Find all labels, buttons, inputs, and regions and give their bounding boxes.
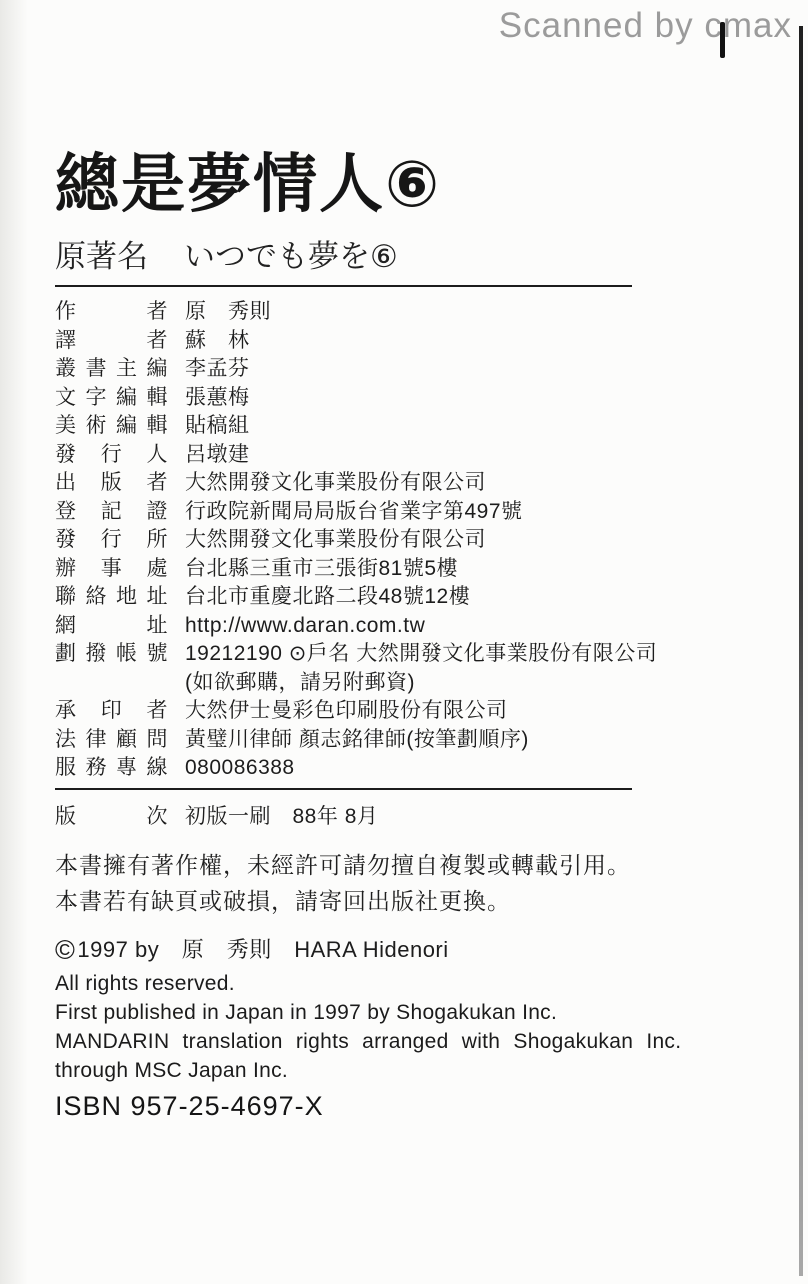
credit-row: 網址http://www.daran.com.tw (55, 612, 695, 641)
edition-row: 版次初版一刷 88年 8月 (55, 802, 745, 831)
copyright-line: First published in Japan in 1997 by Shog… (55, 998, 745, 1027)
credit-row: 劃撥帳號19212190 ⊙戶名 大然開發文化事業股份有限公司 (55, 640, 695, 669)
credit-label: 承印者 (55, 697, 168, 726)
credit-value: 行政院新聞局局版台省業字第497號 (185, 498, 523, 527)
credit-value: 李孟芬 (185, 355, 250, 384)
notice-line: 本書若有缺頁或破損，請寄回出版社更換。 (55, 883, 745, 919)
credits-list: 作者原 秀則 譯者蘇 林 叢書主編李孟芬 文字編輯張蕙梅 美術編輯貼稿組 (55, 298, 695, 783)
credit-value: 呂墩建 (185, 441, 250, 470)
credit-label: 劃撥帳號 (55, 640, 168, 669)
credit-row: 叢書主編李孟芬 (55, 355, 695, 384)
notice-line: 本書擁有著作權，未經許可請勿擅自複製或轉載引用。 (55, 847, 745, 883)
credit-row: 文字編輯張蕙梅 (55, 384, 695, 413)
scanned-colophon-page: { "scan_credit": "Scanned by cmax", "tit… (0, 0, 808, 1284)
credit-row: 辦事處台北縣三重市三張街81號5樓 (55, 555, 695, 584)
credit-label: 辦事處 (55, 555, 168, 584)
credit-value: 大然開發文化事業股份有限公司 (185, 469, 486, 498)
credit-label: 發行所 (55, 526, 168, 555)
credit-label: 網址 (55, 612, 168, 641)
divider-bottom (55, 788, 632, 790)
credit-row: (如欲郵購，請另附郵資) (55, 669, 695, 698)
credit-label: 聯絡地址 (55, 583, 168, 612)
credit-row: 聯絡地址台北市重慶北路二段48號12樓 (55, 583, 695, 612)
page-edge-shadow (799, 26, 803, 1276)
edition-value: 初版一刷 88年 8月 (185, 802, 378, 831)
credit-value: 大然開發文化事業股份有限公司 (185, 526, 486, 555)
credit-value: (如欲郵購，請另附郵資) (185, 669, 415, 698)
credit-label: 出版者 (55, 469, 168, 498)
credit-label: 作者 (55, 298, 168, 327)
copyright-block: ©1997 by 原 秀則 HARA Hidenori All rights r… (55, 935, 745, 1122)
legal-notices: 本書擁有著作權，未經許可請勿擅自複製或轉載引用。 本書若有缺頁或破損，請寄回出版… (55, 847, 745, 919)
credit-value: 蘇 林 (185, 327, 250, 356)
edition-label: 版次 (55, 802, 168, 831)
credit-row: 法律顧問黃璧川律師 顏志銘律師(按筆劃順序) (55, 726, 695, 755)
original-title-label: 原著名 (55, 239, 148, 274)
credit-row: 發行所大然開發文化事業股份有限公司 (55, 526, 695, 555)
credit-value: 原 秀則 (185, 298, 271, 327)
credit-label: 文字編輯 (55, 384, 168, 413)
colophon-content: 總是夢情人⑥ 原著名いつでも夢を⑥ 作者原 秀則 譯者蘇 林 叢書主編李孟芬 (55, 0, 745, 1122)
credit-label: 叢書主編 (55, 355, 168, 384)
copyright-lines: All rights reserved. First published in … (55, 969, 745, 1085)
credit-label: 譯者 (55, 327, 168, 356)
isbn: ISBN 957-25-4697-X (55, 1091, 745, 1122)
credit-label: 美術編輯 (55, 412, 168, 441)
credit-label: 發行人 (55, 441, 168, 470)
credit-row: 服務專線080086388 (55, 754, 695, 783)
credit-row: 登記證行政院新聞局局版台省業字第497號 (55, 498, 695, 527)
copyright-icon: © (55, 935, 75, 965)
credit-row: 美術編輯貼稿組 (55, 412, 695, 441)
copyright-holder-text: 1997 by 原 秀則 HARA Hidenori (77, 937, 448, 962)
credit-row: 出版者大然開發文化事業股份有限公司 (55, 469, 695, 498)
copyright-line: through MSC Japan Inc. (55, 1056, 745, 1085)
page: Scanned by cmax 總是夢情人⑥ 原著名いつでも夢を⑥ 作者原 秀則… (0, 0, 808, 1284)
credit-label: 法律顧問 (55, 726, 168, 755)
credit-row: 譯者蘇 林 (55, 327, 695, 356)
credit-row: 發行人呂墩建 (55, 441, 695, 470)
credit-row: 作者原 秀則 (55, 298, 695, 327)
original-title-row: 原著名いつでも夢を⑥ (55, 238, 745, 276)
credit-value: 大然伊士曼彩色印刷股份有限公司 (185, 697, 508, 726)
divider-top (55, 285, 632, 287)
credit-value: http://www.daran.com.tw (185, 612, 425, 641)
credit-value: 貼稿組 (185, 412, 250, 441)
copyright-line: All rights reserved. (55, 969, 745, 998)
credit-value: 黃璧川律師 顏志銘律師(按筆劃順序) (185, 726, 529, 755)
credit-row: 承印者大然伊士曼彩色印刷股份有限公司 (55, 697, 695, 726)
copyright-holder-line: ©1997 by 原 秀則 HARA Hidenori (55, 935, 745, 965)
credit-value: 台北縣三重市三張街81號5樓 (185, 555, 458, 584)
credit-label: 服務專線 (55, 754, 168, 783)
credit-value: 080086388 (185, 754, 295, 783)
credit-value: 19212190 ⊙戶名 大然開發文化事業股份有限公司 (185, 640, 657, 669)
copyright-line: MANDARIN translation rights arranged wit… (55, 1027, 745, 1056)
credit-value: 台北市重慶北路二段48號12樓 (185, 583, 470, 612)
credit-value: 張蕙梅 (185, 384, 250, 413)
original-title: いつでも夢を⑥ (184, 239, 398, 274)
book-title: 總是夢情人⑥ (55, 150, 745, 218)
credit-label: 登記證 (55, 498, 168, 527)
